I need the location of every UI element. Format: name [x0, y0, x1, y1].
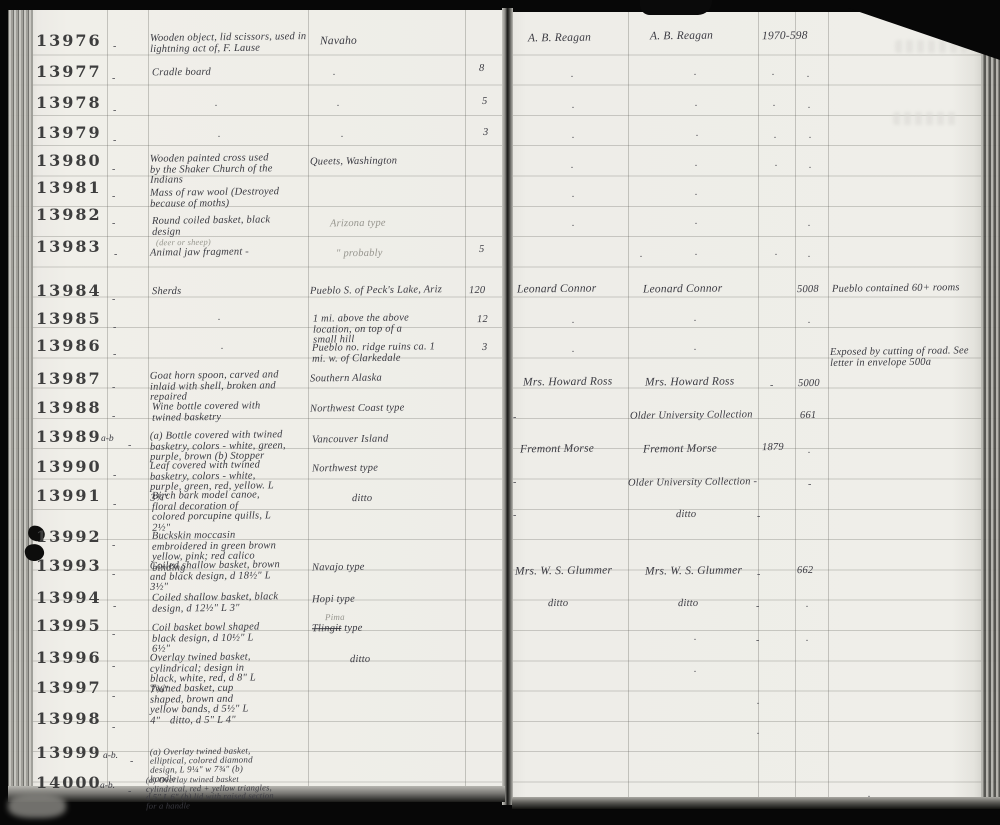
entry-locality-pencil: Arizona type [330, 219, 386, 230]
entry-locality: Northwest type [312, 464, 378, 475]
catalog-number: 13982 [36, 205, 102, 224]
entry-locality: Navajo type [312, 563, 365, 574]
ditto-mark: . [572, 101, 575, 111]
ditto-mark: . [215, 99, 218, 109]
ditto-mark: . [572, 345, 575, 355]
corner-smudge [8, 794, 66, 818]
check-dash-mark: - [130, 757, 133, 767]
donor-name: Older University Collection [630, 410, 753, 422]
remarks: Exposed by cutting of road. See letter i… [830, 346, 988, 369]
column-rule [628, 12, 629, 803]
ditto-mark: . [808, 219, 811, 229]
donor-name: Mrs. W. S. Glummer [645, 565, 742, 577]
entry-description: Round coiled basket, black design [152, 215, 292, 238]
check-dash-mark: - [112, 192, 115, 202]
catalog-number-suffix: a-b. [100, 781, 115, 791]
catalog-number-suffix: a-b. [103, 751, 118, 761]
page-stack-edge-right [981, 48, 1000, 805]
check-dash-mark: - [113, 350, 116, 360]
ditto-mark: . [695, 217, 698, 227]
ditto-mark: . [806, 600, 809, 610]
catalog-number: 13978 [36, 93, 102, 112]
ditto-mark: . [809, 161, 812, 171]
bleed-through-mark [893, 112, 959, 125]
ditto-mark: . [333, 68, 336, 78]
column-rule [107, 10, 108, 792]
check-dash-mark: - [128, 441, 131, 451]
catalog-number: 13979 [36, 123, 102, 142]
ditto-mark: . [218, 313, 221, 323]
catalog-number: 13980 [36, 151, 102, 170]
collector-name: Mrs. Howard Ross [523, 376, 612, 388]
column-rule [465, 10, 466, 792]
ditto-mark: . [757, 727, 760, 737]
catalog-number: 13994 [36, 588, 102, 607]
check-dash-mark: - [112, 630, 115, 640]
donor-name: Mrs. Howard Ross [645, 376, 734, 388]
ditto-mark: . [572, 190, 575, 200]
year: 1879 [762, 443, 784, 454]
catalog-number: 13990 [36, 457, 102, 476]
ditto-mark: . [775, 159, 778, 169]
file-number: 661 [800, 411, 816, 422]
entry-locality: Pueblo S. of Peck's Lake, Ariz [310, 285, 442, 297]
check-dash-mark: - [112, 541, 115, 551]
catalog-number: 13989 [36, 427, 102, 446]
catalog-number: 13996 [36, 648, 102, 667]
ditto-mark: . [572, 316, 575, 326]
check-dash-mark: - [112, 219, 115, 229]
ditto-mark: . [694, 343, 697, 353]
entry-locality: Northwest Coast type [310, 403, 405, 415]
check-dash-mark: - [770, 381, 773, 391]
check-dash-mark: - [112, 295, 115, 305]
check-dash-mark: - [113, 323, 116, 333]
catalog-number: 13991 [36, 486, 102, 505]
entry-description: ditto, d 5" L 4" [170, 716, 236, 727]
check-dash-mark: - [112, 723, 115, 733]
ditto-mark: . [694, 665, 697, 675]
check-dash-mark: - [757, 570, 760, 580]
collector-name: Mrs. W. S. Glummer [515, 565, 612, 577]
entry-description: Wooden painted cross used by the Shaker … [150, 153, 278, 186]
struck-word: Tlingit [312, 623, 342, 634]
ditto-mark: . [694, 314, 697, 324]
book-gutter [502, 8, 513, 805]
check-dash-mark: - [113, 42, 116, 52]
entry-description-pencil: (deer or sheep) [156, 238, 211, 247]
catalog-number: 13985 [36, 309, 102, 328]
donor-name: Leonard Connor [643, 284, 722, 295]
catalog-number: 13981 [36, 178, 102, 197]
check-dash-mark: - [112, 412, 115, 422]
ledger-right-page [512, 12, 1000, 803]
column-rule [758, 12, 759, 803]
entry-description: Wine bottle covered with twined basketry [152, 401, 267, 423]
catalog-number: 13986 [36, 336, 102, 355]
donor-name: ditto [676, 510, 696, 521]
page-bottom-edge [512, 797, 1000, 809]
check-dash-mark: - [757, 512, 760, 522]
entry-description: Sherds [152, 287, 182, 298]
ditto-mark: . [640, 250, 643, 260]
ditto-mark: . [809, 131, 812, 141]
entry-locality: Navaho [320, 36, 357, 47]
ditto-mark: . [571, 70, 574, 80]
ledger-scan: { "glyphs": { "ditto": ".", "dash": "-" … [0, 0, 1000, 825]
catalog-number: 14000 [36, 773, 102, 792]
collector-name: Leonard Connor [517, 284, 596, 295]
check-dash-mark: - [112, 383, 115, 393]
file-number: 5000 [798, 379, 820, 390]
ditto-mark: . [218, 130, 221, 140]
ditto-mark: . [695, 188, 698, 198]
accession-number: 1970-598 [762, 31, 808, 42]
check-dash-mark: - [113, 602, 116, 612]
ditto-mark: . [774, 131, 777, 141]
check-dash-mark: - [112, 74, 115, 84]
check-dash-mark: - [808, 480, 811, 490]
catalog-number: 13977 [36, 62, 102, 81]
column-rule [795, 12, 796, 803]
check-dash-mark: - [513, 413, 516, 423]
collector-name: Fremont Morse [520, 444, 594, 455]
catalog-number: 13987 [36, 369, 102, 388]
page-stack-edge-left [8, 10, 33, 794]
backdrop-bump [640, 0, 712, 15]
column-rule [828, 12, 829, 803]
catalog-number: 13988 [36, 398, 102, 417]
entry-locality: Tlingit type [312, 624, 363, 635]
entry-locality: Hopi type [312, 595, 355, 606]
catalog-number: 13993 [36, 556, 102, 575]
entry-locality: ditto [352, 494, 372, 505]
entry-count: 8 [479, 64, 485, 75]
check-dash-mark: - [128, 787, 131, 797]
catalog-number: 13983 [36, 237, 102, 256]
locality-word: type [344, 623, 362, 634]
entry-count: 5 [482, 97, 488, 108]
ditto-mark: . [696, 129, 699, 139]
donor-name: Fremont Morse [643, 444, 717, 455]
check-dash-mark: - [113, 471, 116, 481]
catalog-number: 13995 [36, 616, 102, 635]
ditto-mark: . [694, 68, 697, 78]
check-dash-mark: - [112, 662, 115, 672]
entry-locality: ditto [350, 655, 370, 666]
ditto-mark: . [772, 68, 775, 78]
catalog-number: 13976 [36, 31, 102, 50]
ditto-mark: . [695, 248, 698, 258]
entry-locality-pencil: " probably [336, 249, 383, 260]
ditto-mark: . [807, 70, 810, 80]
entry-description: Goat horn spoon, carved and inlaid with … [150, 370, 285, 403]
check-dash-mark: - [112, 692, 115, 702]
entry-count: 120 [469, 286, 485, 297]
donor-name: ditto [678, 599, 698, 610]
entry-description: Birch bark model canoe, floral decoratio… [152, 490, 273, 533]
check-dash-mark: - [513, 511, 516, 521]
ditto-mark: . [695, 159, 698, 169]
ditto-mark: . [757, 697, 760, 707]
check-dash-mark: - [513, 478, 516, 488]
entry-description: (a) Bottle covered with twined basketry,… [150, 430, 290, 463]
entry-locality: Southern Alaska [310, 374, 382, 385]
ditto-mark: . [572, 219, 575, 229]
donor-name: Older University Collection - [628, 477, 757, 489]
ditto-mark: . [808, 101, 811, 111]
entry-locality-pencil: Pima [325, 613, 345, 622]
ditto-mark: . [808, 446, 811, 456]
ditto-mark: . [775, 248, 778, 258]
catalog-number: 13997 [36, 678, 102, 697]
ditto-mark: . [808, 316, 811, 326]
check-dash-mark: - [113, 136, 116, 146]
column-rule [308, 10, 309, 792]
ditto-mark: . [221, 342, 224, 352]
entry-count: 5 [479, 245, 485, 256]
entry-description: Mass of raw wool (Destroyed because of m… [150, 187, 282, 210]
check-dash-mark: - [113, 106, 116, 116]
ruled-lines [512, 25, 1000, 797]
ditto-mark: . [571, 161, 574, 171]
catalog-number: 13992 [36, 527, 102, 546]
ditto-mark: . [695, 99, 698, 109]
file-number: 5008 [797, 285, 819, 296]
entry-description: Coiled shallow basket, brown and black d… [150, 560, 285, 593]
file-number: 662 [797, 566, 813, 577]
entry-locality: Queets, Washington [310, 156, 397, 168]
ditto-mark: . [806, 634, 809, 644]
entry-description: (a) Overlay twined basket cylindrical, r… [146, 774, 278, 810]
entry-count: 3 [482, 343, 488, 354]
ditto-mark: . [694, 633, 697, 643]
ditto-mark: . [341, 130, 344, 140]
check-dash-mark: - [114, 250, 117, 260]
check-dash-mark: - [112, 570, 115, 580]
entry-locality: Vancouver Island [312, 435, 389, 446]
ditto-mark: . [868, 790, 871, 800]
entry-description: Animal jaw fragment - [150, 247, 249, 259]
donor-name: A. B. Reagan [650, 31, 713, 42]
check-dash-mark: - [756, 602, 759, 612]
entry-description: Wooden object, lid scissors, used in lig… [150, 32, 308, 55]
collector-name: A. B. Reagan [528, 33, 591, 44]
entry-description: Cradle board [152, 68, 211, 79]
entry-description: Coil basket bowl shaped black design, d … [152, 622, 270, 655]
entry-count: 3 [483, 128, 489, 139]
ditto-mark: . [572, 131, 575, 141]
entry-count: 12 [477, 315, 488, 326]
ditto-mark: . [337, 99, 340, 109]
check-dash-mark: - [756, 636, 759, 646]
catalog-number: 13998 [36, 709, 102, 728]
ditto-mark: . [773, 99, 776, 109]
collector-name: ditto [548, 599, 568, 610]
column-rule [148, 10, 149, 792]
catalog-number: 13984 [36, 281, 102, 300]
remarks: Pueblo contained 60+ rooms [832, 283, 960, 295]
catalog-number: 13999 [36, 743, 102, 762]
entry-locality: Pueblo no. ridge ruins ca. 1 mi. w. of C… [312, 342, 437, 365]
catalog-number-suffix: a-b [101, 434, 114, 444]
entry-description: Coiled shallow basket, black design, d 1… [152, 592, 282, 615]
check-dash-mark: - [113, 500, 116, 510]
check-dash-mark: - [112, 165, 115, 175]
ditto-mark: . [808, 250, 811, 260]
